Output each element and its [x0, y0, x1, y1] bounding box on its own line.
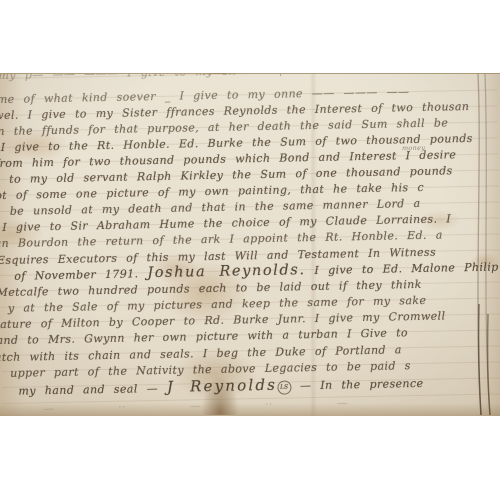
handwriting-block: my p— —— ——— I give to my on— ——p—— me o…	[0, 73, 500, 415]
date-text: of November 1791.	[14, 267, 138, 282]
inline-signature: Joshua Reynolds.	[147, 262, 306, 281]
closing-text: my hand and seal —	[18, 382, 158, 398]
final-signature: J Reynolds	[167, 376, 278, 396]
seal-mark: LS	[277, 380, 291, 394]
fold-crease	[464, 74, 500, 415]
manuscript-photo: my p— —— ——— I give to my on— ——p—— me o…	[0, 73, 500, 416]
page-background: { "manuscript": { "paper_color": "#e8e0c…	[0, 0, 500, 500]
witness-text: — In the presence	[300, 377, 424, 392]
interlined-word: money	[402, 144, 425, 152]
